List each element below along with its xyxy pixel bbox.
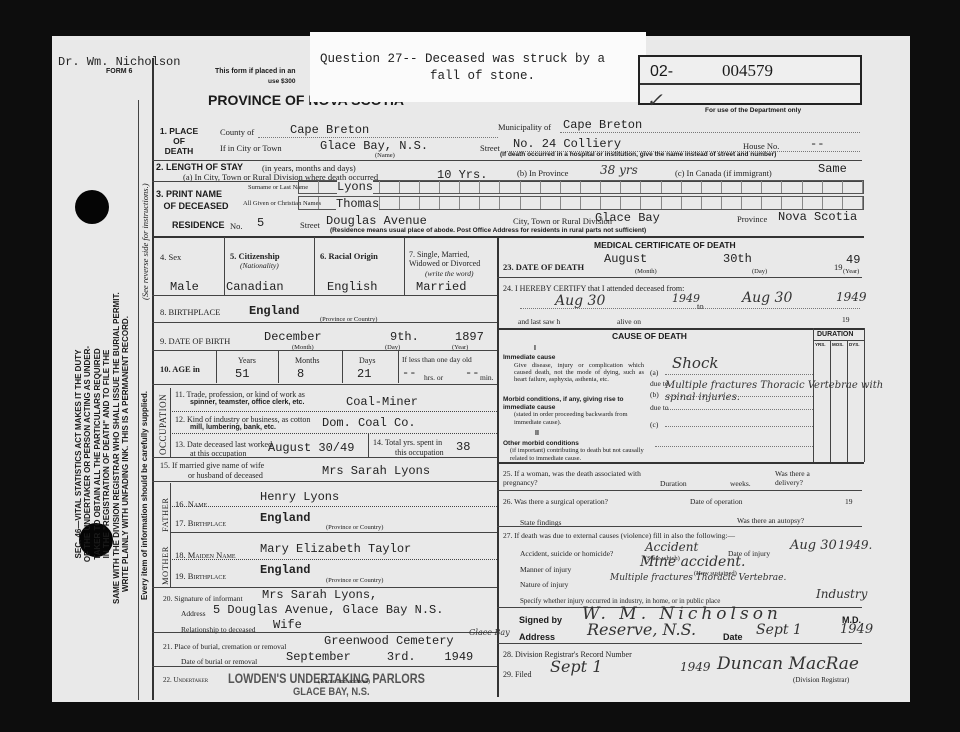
- checkmark-icon: ✓: [646, 88, 663, 112]
- residence-street: Douglas Avenue: [326, 214, 427, 228]
- street-label: Street: [480, 143, 500, 153]
- residence-province: Nova Scotia: [778, 210, 857, 224]
- department-number-box: 02- 004579: [638, 55, 862, 105]
- death-year: 49: [846, 253, 860, 267]
- county-label: County of: [220, 127, 254, 137]
- stay-canada-value: Same: [818, 162, 847, 176]
- see-reverse-note: (See reverse side for instructions.): [140, 183, 150, 300]
- age-months: 8: [297, 367, 304, 381]
- attached-note: Question 27-- Deceased was struck by a f…: [310, 32, 646, 102]
- binder-hole-top: [75, 190, 109, 224]
- city-label: If in City or Town: [220, 143, 282, 153]
- injury-date: Aug 30: [790, 538, 837, 553]
- mother-name: Mary Elizabeth Taylor: [260, 542, 411, 556]
- county-value: Cape Breton: [290, 123, 369, 137]
- form-notice-2: use $300: [268, 78, 295, 85]
- dob-month: December: [264, 330, 322, 344]
- spouse-value: Mrs Sarah Lyons: [322, 464, 430, 478]
- last-worked-value: August 30/49: [268, 441, 354, 455]
- house-label: House No.: [743, 141, 779, 151]
- registrar-signature: Duncan MacRae: [717, 654, 859, 674]
- marital-value: Married: [416, 280, 466, 294]
- manner-value: Mine accident.: [640, 554, 745, 570]
- informant-signature: Mrs Sarah Lyons,: [262, 588, 377, 602]
- name-label: 3. PRINT NAME OF DECEASED: [156, 188, 229, 212]
- trade-value: Coal-Miner: [346, 395, 418, 409]
- form-notice: This form if placed in an: [215, 68, 296, 75]
- dob-year: 1897: [455, 330, 484, 344]
- mother-birthplace: England: [260, 563, 310, 577]
- death-day: 30th: [723, 252, 752, 266]
- house-value: --: [810, 137, 824, 151]
- dept-prefix: 02-: [650, 63, 673, 81]
- citizenship-value: Canadian: [226, 280, 284, 294]
- cause-title: CAUSE OF DEATH: [612, 331, 687, 341]
- age-days: 21: [357, 367, 371, 381]
- burial-place: Greenwood Cemetery: [324, 634, 454, 648]
- municipality-value: Cape Breton: [563, 118, 642, 132]
- father-birthplace: England: [260, 511, 310, 525]
- father-name: Henry Lyons: [260, 490, 339, 504]
- signature-date: Sept 1: [756, 622, 802, 638]
- age-years: 51: [235, 367, 249, 381]
- accident-value: Accident: [645, 540, 698, 554]
- dept-number: 004579: [722, 61, 773, 81]
- given-name-value[interactable]: Thomas: [336, 197, 379, 211]
- dob-day: 9th.: [390, 330, 419, 344]
- medical-certificate-title: MEDICAL CERTIFICATE OF DEATH: [594, 240, 736, 250]
- residence-note: (Residence means usual place of abode. P…: [330, 227, 646, 234]
- place-of-death-label: 1. PLACEOFDEATH: [156, 126, 202, 156]
- duration-title: DURATION: [817, 331, 853, 338]
- doctor-note: Dr. Wm. Nicholson: [58, 55, 180, 69]
- stay-province-value: 38 yrs: [600, 163, 638, 177]
- cause-b-value: Multiple fractures Thoracic Vertebrae wi…: [665, 380, 885, 404]
- length-of-stay-label: 2. LENGTH OF STAY: [156, 162, 243, 172]
- birthplace-value: England: [249, 304, 299, 318]
- filed-date: Sept 1: [550, 657, 602, 676]
- dept-caption: For use of the Department only: [705, 107, 801, 114]
- residence-city: Glace Bay: [595, 211, 660, 225]
- industry-value: Dom. Coal Co.: [322, 416, 416, 430]
- note-line-1: Question 27-- Deceased was struck by a: [320, 52, 605, 66]
- nature-value: Multiple fractures Thoracic Vertebrae.: [610, 573, 786, 583]
- sex-value: Male: [170, 280, 199, 294]
- racial-value: English: [327, 280, 377, 294]
- relationship-value: Wife: [273, 618, 302, 632]
- form-number: FORM 6: [106, 68, 132, 75]
- death-month: August: [604, 252, 647, 266]
- where-value: Industry: [816, 587, 867, 601]
- attended-to: Aug 30: [742, 290, 792, 306]
- side-notice: SEC. 46—VITAL STATISTICS ACT MAKES IT TH…: [74, 304, 130, 604]
- informant-address: 5 Douglas Avenue, Glace Bay N.S.: [213, 603, 443, 617]
- total-years-value: 38: [456, 440, 470, 454]
- attended-from: Aug 30: [555, 293, 605, 309]
- surname-value[interactable]: Lyons: [337, 180, 373, 194]
- mother-section: MOTHER: [160, 546, 170, 585]
- hospital-note: (If death occurred in a hospital or inst…: [500, 151, 776, 158]
- residence-label: RESIDENCE: [172, 220, 225, 230]
- cause-a-value: Shock: [672, 354, 718, 372]
- father-section: FATHER: [160, 498, 170, 533]
- street-value: No. 24 Colliery: [513, 137, 621, 151]
- occupation-section: OCCUPATION: [158, 394, 168, 455]
- residence-number: 5: [257, 216, 264, 230]
- every-item-note: Every item of information should be care…: [140, 391, 149, 600]
- note-line-2: fall of stone.: [430, 69, 535, 83]
- physician-address: Reserve, N.S.: [587, 620, 696, 639]
- burial-date: September 3rd. 1949: [286, 650, 473, 664]
- municipality-label: Municipality of: [498, 122, 551, 132]
- city-value: Glace Bay, N.S.: [320, 139, 428, 153]
